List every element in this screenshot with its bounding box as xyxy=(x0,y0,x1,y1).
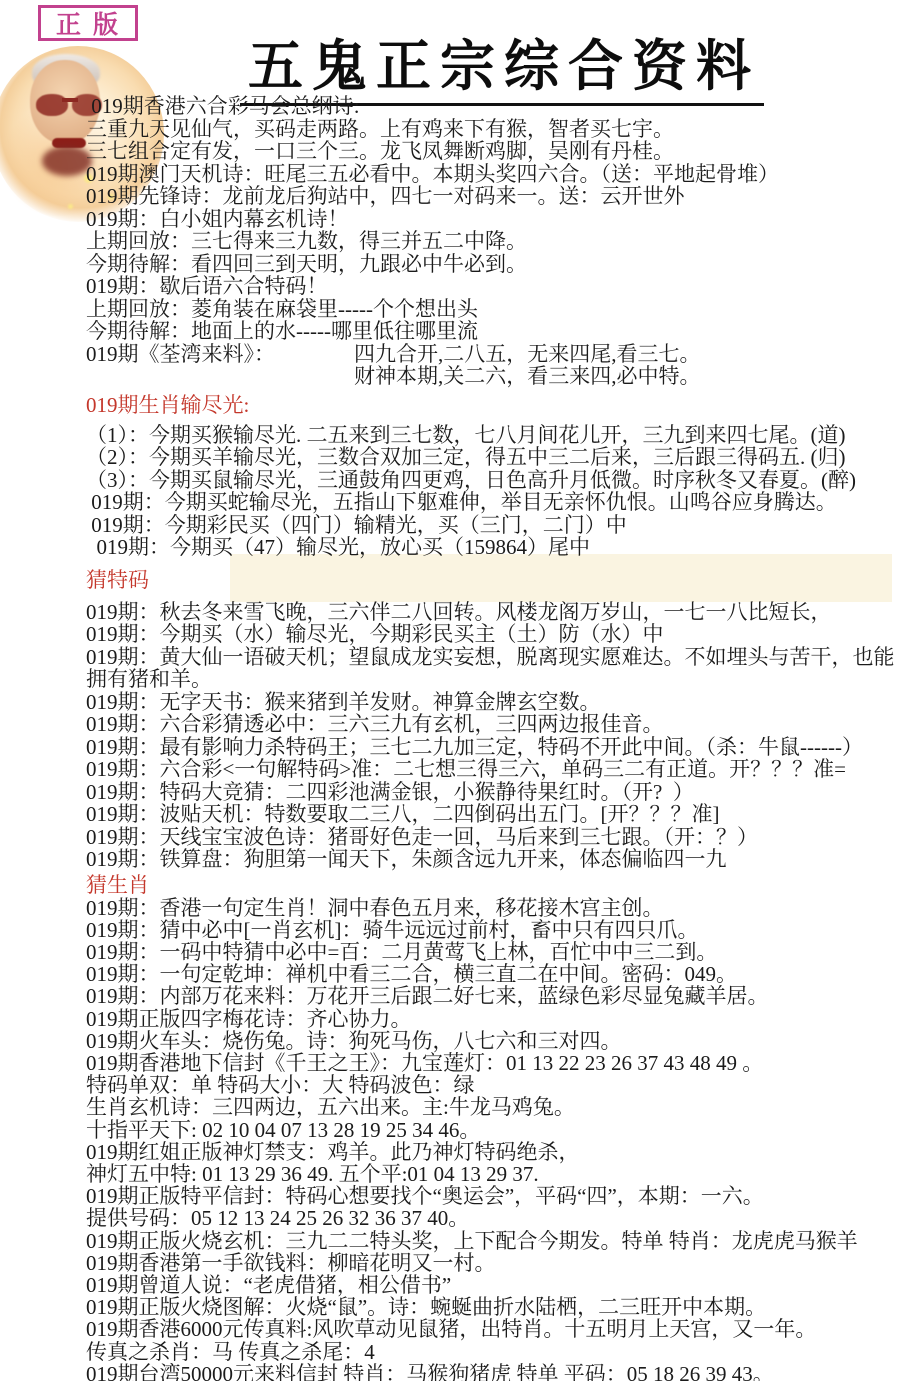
text-line: 特码单双：单 特码大小：大 特码波色：绿 xyxy=(86,1074,900,1096)
text-line: 019期：今期买蛇输尽光，五指山下躯难伸，举目无亲怀仇恨。山鸣谷应身腾达。 xyxy=(86,491,900,514)
text-line: 019期正版特平信封：特码心想要找个“奥运会”，平码“四”，本期：一六。 xyxy=(86,1185,900,1207)
text-line: 提供号码：05 12 13 24 25 26 32 36 37 40。 xyxy=(86,1207,900,1229)
text-line: 019期：一句定乾坤：禅机中看三二合，横三直二在中间。密码：049。 xyxy=(86,963,900,985)
tema-lines: 019期：秋去冬来雪飞晚，三六伴二八回转。风楼龙阁万岁山，一七一八比短长，019… xyxy=(86,601,900,871)
text-line: 今期待解：地面上的水-----哪里低往哪里流 xyxy=(86,320,900,343)
text-line: 019期火车头：烧伤兔。诗：狗死马伤，八七六和三对四。 xyxy=(86,1030,900,1052)
text-line: 019期：黄大仙一语破天机；望鼠成龙实妄想，脱离现实愿难达。不如埋头与苦干，也能… xyxy=(86,646,900,691)
text-line: （1）：今期买猴输尽光. 二五来到三七数，七八月间花儿开，三九到来四七尾。(道) xyxy=(86,424,900,447)
text-line: 019期：白小姐内幕玄机诗！ xyxy=(86,208,900,231)
text-line: 019期：铁算盘：狗胆第一闻天下，朱颜含远九开来，体态偏临四一九 xyxy=(86,848,900,871)
quanwan-label: 019期《荃湾来料》： xyxy=(86,343,275,366)
genuine-stamp-badge: 正版 xyxy=(38,5,138,41)
text-line: 019期红姐正版神灯禁支：鸡羊。此乃神灯特码绝杀， xyxy=(86,1141,900,1163)
text-line: 019期：猜中必中[一肖玄机]：骑牛远远过前村，畜中只有四只爪。 xyxy=(86,919,900,941)
text-line: 019期正版四字梅花诗：齐心协力。 xyxy=(86,1008,900,1030)
text-line: 019期曾道人说：“老虎借猪，相公借书” xyxy=(86,1274,900,1296)
text-line: 神灯五中特: 01 13 29 36 49. 五个平:01 04 13 29 3… xyxy=(86,1163,900,1185)
text-line: 019期：歇后语六合特码！ xyxy=(86,275,900,298)
text-line: 019期：最有影响力杀特码王；三七二九加三定，特码不开此中间。（杀：牛鼠----… xyxy=(86,736,900,759)
text-line: 四九合开,二八五，无来四尾,看三七。 xyxy=(354,343,701,366)
text-line: 019期：特码大竞猜：二四彩池满金银，小猴静待果红时。（开? ） xyxy=(86,781,900,804)
section-heading-cai-tema: 猜特码 xyxy=(86,567,900,593)
text-line: 019期先锋诗：龙前龙后狗站中，四七一对码来一。送：云开世外 xyxy=(86,185,900,208)
text-line: 019期：香港一句定生肖！洞中春色五月来，移花接木宫主创。 xyxy=(86,897,900,919)
text-line: 019期：秋去冬来雪飞晚，三六伴二八回转。风楼龙阁万岁山，一七一八比短长， xyxy=(86,601,900,624)
text-line: 019期正版火烧玄机：三九二二特头奖，上下配合今期发。特单 特肖：龙虎虎马猴羊 xyxy=(86,1230,900,1252)
text-line: 019期：今期买（47）输尽光，放心买（159864）尾中 xyxy=(86,536,900,559)
text-line: 019期：六合彩猜透必中：三六三九有玄机，三四两边报佳音。 xyxy=(86,713,900,736)
text-line: 019期：今期彩民买（四门）输精光，买（三门，二门）中 xyxy=(86,514,900,537)
text-line: 019期香港第一手欲钱料：柳暗花明又一村。 xyxy=(86,1252,900,1274)
text-line: 019期：内部万花来料：万花开三后跟二好七来，蓝绿色彩尽显兔藏羊居。 xyxy=(86,985,900,1007)
quanwan-laoliao-block: 019期《荃湾来料》： 四九合开,二八五，无来四尾,看三七。财神本期,关二六，看… xyxy=(86,343,900,388)
text-line: 传真之杀肖：马 传真之杀尾：4 xyxy=(86,1341,900,1363)
text-line: 019期：无字天书：猴来猪到羊发财。神算金牌玄空数。 xyxy=(86,691,900,714)
photo-chin-shadow xyxy=(42,146,92,176)
text-line: 三重九天见仙气，买码走两路。上有鸡来下有猴，智者买七宇。 xyxy=(86,118,900,141)
text-line: 019期台湾50000元来料信封 特肖：马猴狗猪虎 特单 平码：05 18 26… xyxy=(86,1363,900,1381)
intro-verse-block: 019期香港六合彩马会总纲诗:三重九天见仙气，买码走两路。上有鸡来下有猴，智者买… xyxy=(86,95,900,343)
text-line: 019期香港6000元传真料:风吹草动见鼠猪，出特肖。十五明月上天宫，又一年。 xyxy=(86,1318,900,1340)
shujinguang-lines: （1）：今期买猴输尽光. 二五来到三七数，七八月间花儿开，三九到来四七尾。(道)… xyxy=(86,424,900,559)
text-line: 019期：天线宝宝波色诗：猪哥好色走一回，马后来到三七跟。（开：？） xyxy=(86,826,900,849)
text-line: 上期回放：三七得来三九数，得三并五二中降。 xyxy=(86,230,900,253)
text-line: 019期香港地下信封《千王之王》：九宝莲灯：01 13 22 23 26 37 … xyxy=(86,1052,900,1074)
text-line: 019期：六合彩<一句解特码>准：二七想三得三六，单码三二有正道。开？？？准= xyxy=(86,758,900,781)
quanwan-lines: 四九合开,二八五，无来四尾,看三七。财神本期,关二六，看三来四,必中特。 xyxy=(354,343,701,388)
text-line: 019期：今期买（水）输尽光，今期彩民买主（土）防（水）中 xyxy=(86,623,900,646)
content-column: 019期香港六合彩马会总纲诗:三重九天见仙气，买码走两路。上有鸡来下有猴，智者买… xyxy=(86,95,900,1381)
sunglasses-bridge-icon xyxy=(62,98,78,102)
text-line: 019期：波贴天机：特数要取二三八，二四倒码出五门。[开？？？准] xyxy=(86,803,900,826)
text-line: 财神本期,关二六，看三来四,必中特。 xyxy=(354,365,701,388)
text-line: 019期澳门天机诗：旺尾三五必看中。本期头奖四六合。（送：平地起骨堆） xyxy=(86,163,900,186)
text-line: 今期待解：看四回三到天明，九跟必中牛必到。 xyxy=(86,253,900,276)
photo-sparkle xyxy=(68,204,73,209)
text-line: （3）：今期买鼠输尽光，三通鼓角四更鸡，日色高升月低微。时序秋冬又春夏。(醉) xyxy=(86,469,900,492)
text-line: （2）：今期买羊输尽光，三数合双加三定，得五中三二后来，三后跟三得码五. (归) xyxy=(86,446,900,469)
text-line: 十指平天下: 02 10 04 07 13 28 19 25 34 46。 xyxy=(86,1119,900,1141)
text-line: 上期回放：菱角装在麻袋里-----个个想出头 xyxy=(86,298,900,321)
text-line: 019期正版火烧图解：火烧“鼠”。诗：蜿蜒曲折水陆栖，二三旺开中本期。 xyxy=(86,1296,900,1318)
section-heading-cai-shengxiao: 猜生肖 xyxy=(86,873,900,897)
text-line: 019期：一码中特猜中必中=百：二月黄莺飞上林，百忙中中三二到。 xyxy=(86,941,900,963)
section-heading-shengxiao-shujinguang: 019期生肖输尽光: xyxy=(86,392,900,418)
text-line: 019期香港六合彩马会总纲诗: xyxy=(86,95,900,118)
text-line: 三七组合定有发，一口三个三。龙飞凤舞断鸡脚，吴刚有丹桂。 xyxy=(86,140,900,163)
shengxiao-lines: 019期：香港一句定生肖！洞中春色五月来，移花接木宫主创。019期：猜中必中[一… xyxy=(86,897,900,1381)
text-line: 生肖玄机诗：三四两边，五六出来。主:牛龙马鸡兔。 xyxy=(86,1096,900,1118)
